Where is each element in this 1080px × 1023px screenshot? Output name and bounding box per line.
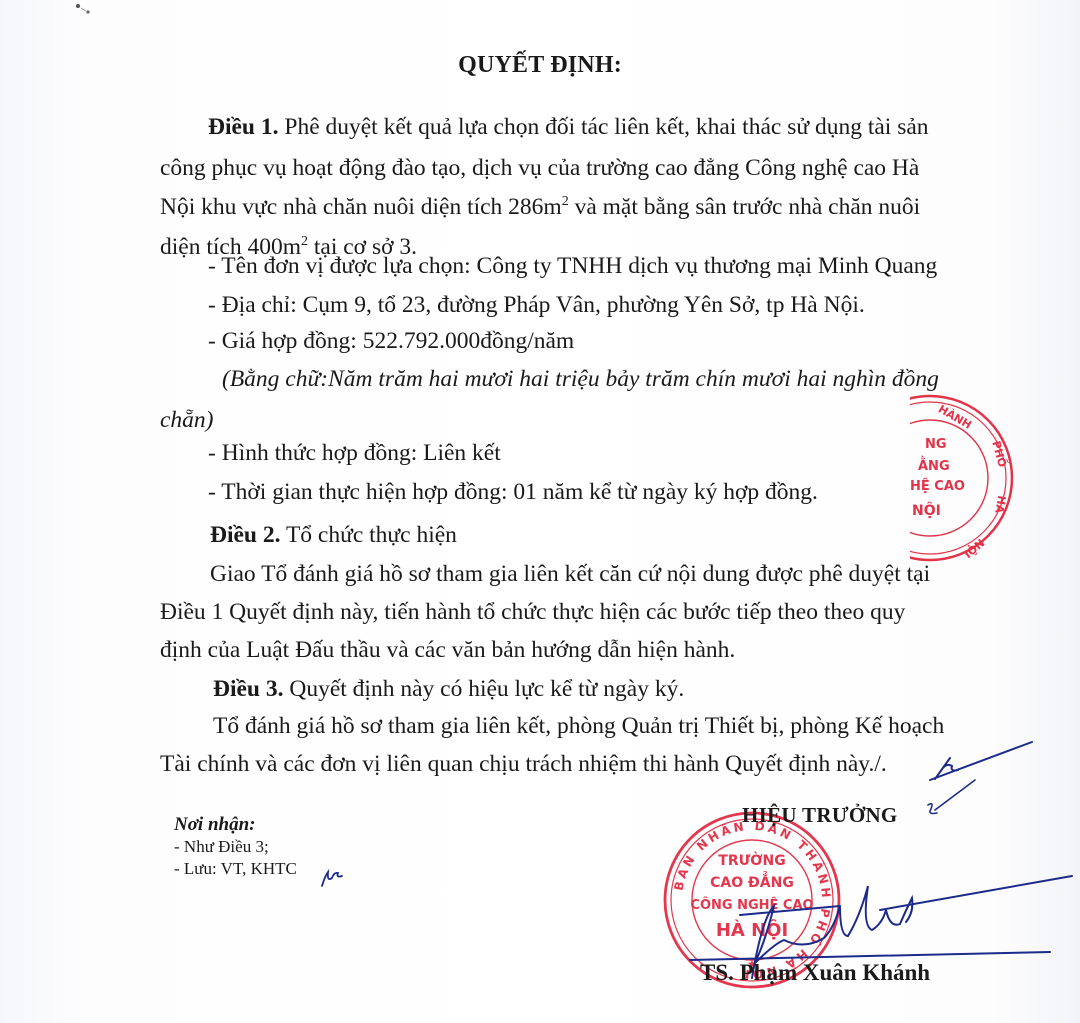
contract-duration: - Thời gian thực hiện hợp đồng: 01 năm k… [208, 481, 818, 505]
recipient-item: - Lưu: VT, KHTC [174, 860, 297, 877]
article2-line2: Điều 1 Quyết định này, tiến hành tổ chức… [160, 601, 905, 625]
article1-line3: Nội khu vực nhà chăn nuôi diện tích 286m… [160, 196, 920, 220]
selected-unit: - Tên đơn vị được lựa chọn: Công ty TNHH… [208, 255, 937, 279]
recipients-heading: Nơi nhận: [174, 815, 255, 834]
article1-label: Điều 1. [208, 114, 279, 140]
article1-line1: Điều 1. Phê duyệt kết quả lựa chọn đối t… [208, 116, 929, 140]
article3-line1: Tổ đánh giá hồ sơ tham gia liên kết, phò… [213, 715, 944, 739]
article3-line2: Tài chính và các đơn vị liên quan chịu t… [160, 753, 887, 777]
document-page [0, 0, 1080, 1023]
signatory-title: HIỆU TRƯỞNG [742, 803, 898, 828]
document-title: QUYẾT ĐỊNH: [0, 52, 1080, 79]
article2-line3: định của Luật Đấu thầu và các văn bản hư… [160, 639, 735, 663]
contract-price: - Giá hợp đồng: 522.792.000đồng/năm [208, 330, 574, 354]
article2-heading: Điều 2. Tổ chức thực hiện [210, 524, 457, 548]
price-in-words-line2: chẵn) [160, 409, 214, 433]
scan-speck [74, 3, 92, 15]
article1-line2: công phục vụ hoạt động đào tạo, dịch vụ … [160, 157, 919, 181]
signatory-name: TS. Phạm Xuân Khánh [700, 960, 930, 986]
address: - Địa chỉ: Cụm 9, tổ 23, đường Pháp Vân,… [208, 294, 865, 318]
article2-line1: Giao Tổ đánh giá hồ sơ tham gia liên kết… [210, 563, 930, 587]
price-in-words-line1: (Bằng chữ:Năm trăm hai mươi hai triệu bả… [222, 368, 939, 392]
recipient-item: - Như Điều 3; [174, 838, 269, 855]
contract-form: - Hình thức hợp đồng: Liên kết [208, 442, 501, 466]
article3-heading: Điều 3. Quyết định này có hiệu lực kể từ… [213, 678, 684, 702]
